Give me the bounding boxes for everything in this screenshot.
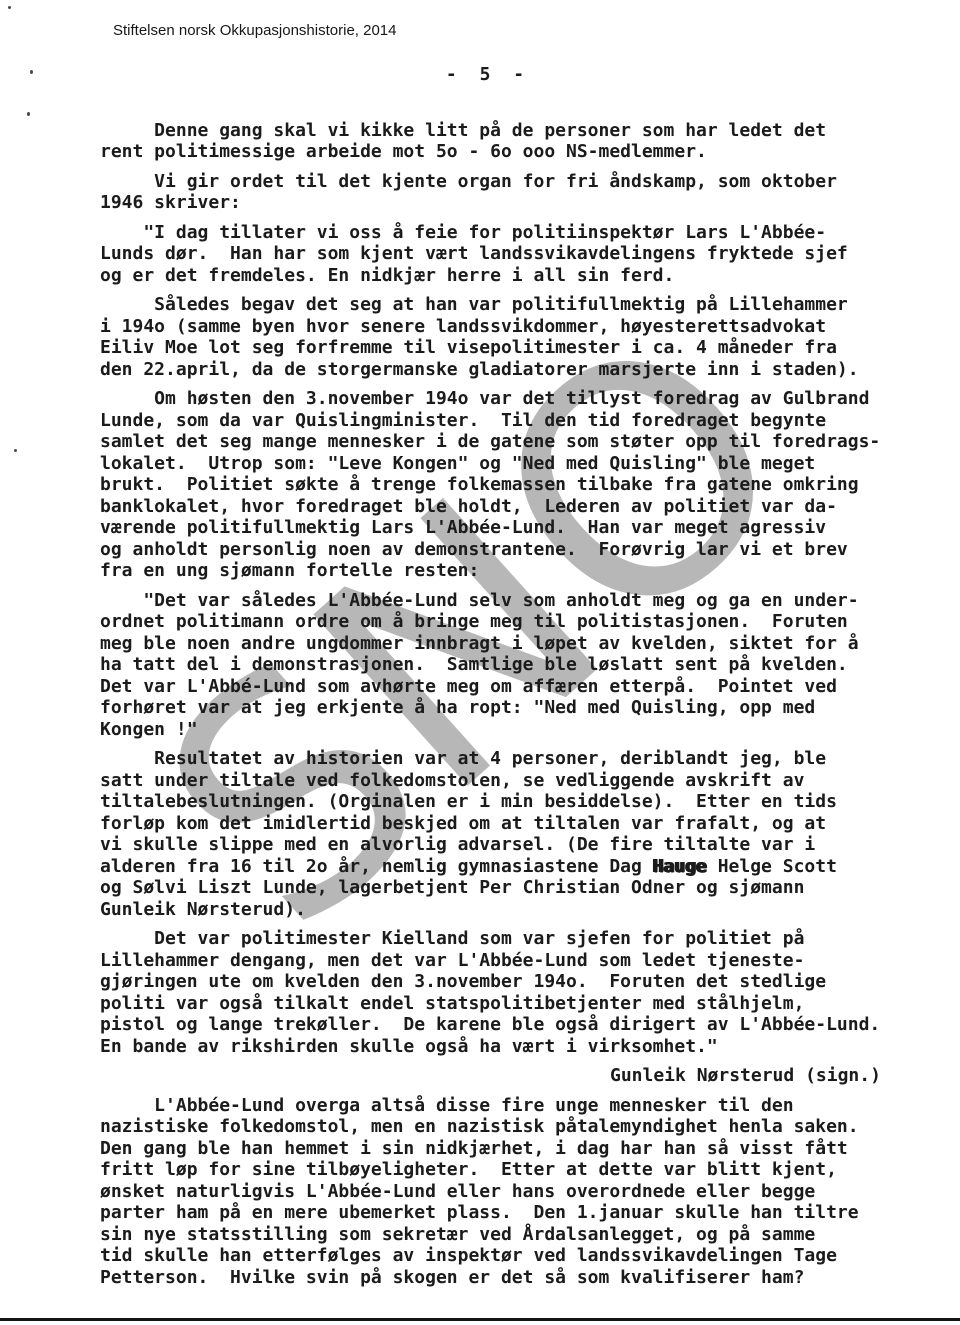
bottom-scan-rule: [0, 1318, 960, 1321]
text-line: Petterson. Hvilke svin på skogen er det …: [100, 1267, 920, 1289]
text-line: Om høsten den 3.november 194o var det ti…: [100, 388, 920, 410]
text-line: ønsket naturligvis L'Abbée-Lund eller ha…: [100, 1181, 920, 1203]
page-number: - 5 -: [100, 64, 920, 86]
text-line: forløp kom det imidlertid beskjed om at …: [100, 813, 920, 835]
text-line: meg ble noen andre ungdommer innbragt i …: [100, 633, 920, 655]
text-line: "Det var således L'Abbée-Lund selv som a…: [100, 590, 920, 612]
text-line: Lunds dør. Han har som kjent vært landss…: [100, 243, 920, 265]
text-line: og er det fremdeles. En nidkjær herre i …: [100, 265, 920, 287]
archive-header: Stiftelsen norsk Okkupasjonshistorie, 20…: [113, 22, 396, 39]
text-line: gjøringen ute om kvelden den 3.november …: [100, 971, 920, 993]
text-line: Lillehammer dengang, men det var L'Abbée…: [100, 950, 920, 972]
scan-speck: [14, 449, 17, 452]
typewritten-body: - 5 - Denne gang skal vi kikke litt på d…: [100, 64, 920, 1296]
paragraph: "I dag tillater vi oss å feie for politi…: [100, 222, 920, 287]
text-line: En bande av rikshirden skulle også ha væ…: [100, 1036, 920, 1058]
text-line: Gunleik Nørsterud).: [100, 899, 920, 921]
paragraph-container: Denne gang skal vi kikke litt på de pers…: [100, 120, 920, 1289]
text-line: den 22.april, da de storgermanske gladia…: [100, 359, 920, 381]
paragraph: Resultatet av historien var at 4 persone…: [100, 748, 920, 920]
text-line: Kongen !": [100, 719, 920, 741]
text-line: parter ham på en mere ubemerket plass. D…: [100, 1202, 920, 1224]
text-line: og anholdt personlig noen av demonstrant…: [100, 539, 920, 561]
text-line: rent politimessige arbeide mot 5o - 6o o…: [100, 141, 920, 163]
text-line: fra en ung sjømann fortelle resten:: [100, 560, 920, 582]
text-line: L'Abbée-Lund overga altså disse fire ung…: [100, 1095, 920, 1117]
text-line: tid skulle han etterfølges av inspektør …: [100, 1245, 920, 1267]
text-line: lokalet. Utrop som: "Leve Kongen" og "Ne…: [100, 453, 920, 475]
text-line: værende politifullmektig Lars L'Abbée-Lu…: [100, 517, 920, 539]
paragraph: L'Abbée-Lund overga altså disse fire ung…: [100, 1095, 920, 1289]
text-line: Denne gang skal vi kikke litt på de pers…: [100, 120, 920, 142]
text-line: ordnet politimann ordre om å bringe meg …: [100, 611, 920, 633]
text-line: samlet det seg mange mennesker i de gate…: [100, 431, 920, 453]
text-line: Således begav det seg at han var politif…: [100, 294, 920, 316]
text-line: Vi gir ordet til det kjente organ for fr…: [100, 171, 920, 193]
text-line: fritt løp for sine tilbøyeligheter. Ette…: [100, 1159, 920, 1181]
text-line: Resultatet av historien var at 4 persone…: [100, 748, 920, 770]
scan-speck: [8, 6, 11, 9]
scan-speck: [27, 112, 30, 116]
document-page: SNO Stiftelsen norsk Okkupasjonshistorie…: [0, 0, 960, 1325]
text-line: 1946 skriver:: [100, 192, 920, 214]
paragraph: Vi gir ordet til det kjente organ for fr…: [100, 171, 920, 214]
scan-speck: [30, 70, 33, 74]
paragraph: Denne gang skal vi kikke litt på de pers…: [100, 120, 920, 163]
overstruck-word: Hauge: [653, 856, 707, 877]
text-line: vi skulle slippe med en alvorlig advarse…: [100, 834, 920, 856]
text-line: "I dag tillater vi oss å feie for politi…: [100, 222, 920, 244]
text-line: forhøret var at jeg erkjente å ha ropt: …: [100, 697, 920, 719]
text-line: Eiliv Moe lot seg forfremme til visepoli…: [100, 337, 920, 359]
text-line: Det var politimester Kielland som var sj…: [100, 928, 920, 950]
paragraph: Om høsten den 3.november 194o var det ti…: [100, 388, 920, 582]
text-line: brukt. Politiet søkte å trenge folkemass…: [100, 474, 920, 496]
paragraph: Således begav det seg at han var politif…: [100, 294, 920, 380]
text-line: og Sølvi Liszt Lunde, lagerbetjent Per C…: [100, 877, 920, 899]
signature-line: Gunleik Nørsterud (sign.): [100, 1065, 920, 1087]
text-line: tiltalebeslutningen. (Orginalen er i min…: [100, 791, 920, 813]
text-line: Den gang ble han hemmet i sin nidkjærhet…: [100, 1138, 920, 1160]
text-line: i 194o (samme byen hvor senere landssvik…: [100, 316, 920, 338]
text-line: Lunde, som da var Quislingminister. Til …: [100, 410, 920, 432]
text-line: ha tatt del i demonstrasjonen. Samtlige …: [100, 654, 920, 676]
text-line: Det var L'Abbé-Lund som avhørte meg om a…: [100, 676, 920, 698]
text-line: politi var også tilkalt endel statspolit…: [100, 993, 920, 1015]
paragraph: Det var politimester Kielland som var sj…: [100, 928, 920, 1057]
text-line: alderen fra 16 til 2o år, nemlig gymnasi…: [100, 856, 920, 878]
text-line: sin nye statsstilling som sekretær ved Å…: [100, 1224, 920, 1246]
text-line: pistol og lange trekøller. De karene ble…: [100, 1014, 920, 1036]
text-line: satt under tiltale ved folkedomstolen, s…: [100, 770, 920, 792]
text-line: Gunleik Nørsterud (sign.): [610, 1065, 920, 1087]
text-line: nazistiske folkedomstol, men en nazistis…: [100, 1116, 920, 1138]
text-line: banklokalet, hvor foredraget ble holdt, …: [100, 496, 920, 518]
paragraph: "Det var således L'Abbée-Lund selv som a…: [100, 590, 920, 741]
